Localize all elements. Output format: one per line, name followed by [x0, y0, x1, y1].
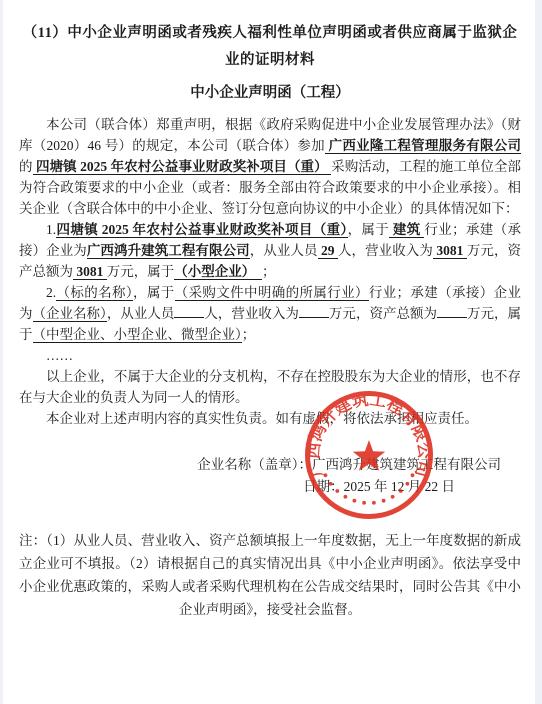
paragraph-declaration-2: 本企业对上述声明内容的真实性负责。如有虚假，将依法承担相应责任。 — [19, 408, 521, 429]
letter-title: 中小企业声明函（工程） — [19, 83, 521, 103]
letter-body: 本公司（联合体）郑重声明，根据《政府采购促进中小企业发展管理办法》（财库（202… — [19, 114, 521, 429]
company-name-label: 企业名称（盖章）： — [197, 457, 312, 472]
document-page: （11）中小企业声明函或者残疾人福利性单位声明函或者供应商属于监狱企业的证明材料… — [3, 0, 535, 704]
notes-paragraph: 注：（1）从业人员、营业收入、资产总额填报上一年度数据，无上一年度数据的新成立企… — [19, 529, 521, 621]
ellipsis-line: …… — [19, 345, 521, 366]
date-line: 日期：2025 年 12 月 22 日 — [19, 476, 521, 498]
signature-block: 企业名称（盖章）：广西鸿升建筑建筑工程有限公司 日期：2025 年 12 月 2… — [19, 454, 521, 498]
paragraph-intro: 本公司（联合体）郑重声明，根据《政府采购促进中小企业发展管理办法》（财库（202… — [19, 114, 521, 219]
company-name-line: 企业名称（盖章）：广西鸿升建筑建筑工程有限公司 — [19, 454, 521, 476]
doc-title: （11）中小企业声明函或者残疾人福利性单位声明函或者供应商属于监狱企业的证明材料 — [19, 20, 521, 74]
company-name-value: 广西鸿升建筑建筑工程有限公司 — [312, 457, 501, 472]
paragraph-declaration-1: 以上企业，不属于大企业的分支机构，不存在控股股东为大企业的情形，也不存在与大企业… — [19, 366, 521, 408]
paragraph-item2: 2.（标的名称），属于（采购文件中明确的所属行业）行业；承建（承接）企业为（企业… — [19, 282, 521, 345]
paragraph-item1: 1.四塘镇 2025 年农村公益事业财政奖补项目（重），属于 建筑 行业；承建（… — [19, 219, 521, 282]
